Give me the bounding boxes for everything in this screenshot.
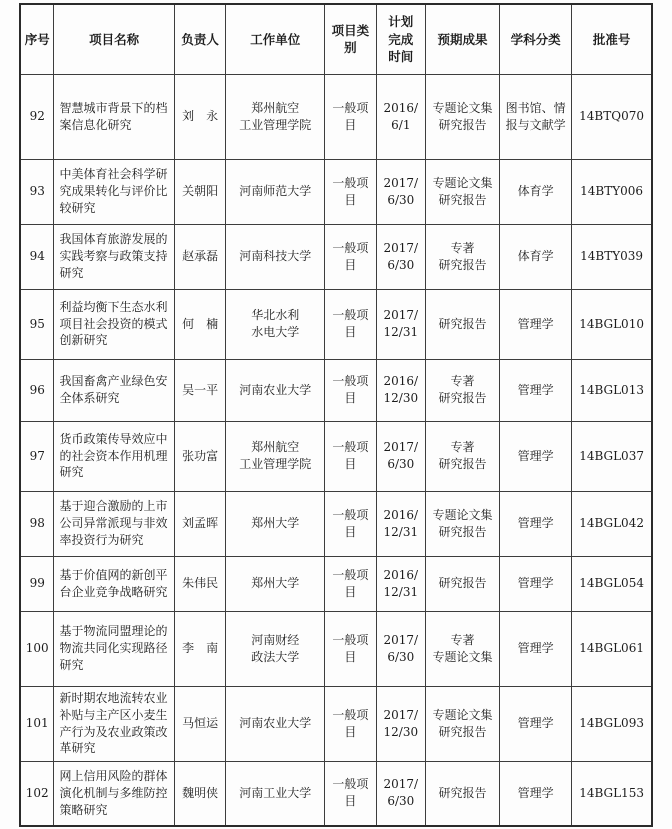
cell-work-unit: 河南农业大学	[226, 686, 325, 761]
cell-project-name: 中美体育社会科学研究成果转化与评价比较研究	[54, 159, 174, 224]
cell-serial: 101	[20, 686, 54, 761]
cell-leader: 魏明侠	[174, 761, 225, 826]
cell-work-unit: 河南财经 政法大学	[226, 611, 325, 686]
table-row: 96我国畜禽产业绿色安全体系研究吴一平河南农业大学一般项目2016/ 12/30…	[20, 359, 652, 421]
cell-approval-number: 14BGL061	[572, 611, 652, 686]
table-row: 98基于迎合激励的上市公司异常派现与非效率投资行为研究刘孟晖郑州大学一般项目20…	[20, 491, 652, 556]
cell-expected-outcome: 研究报告	[426, 556, 500, 611]
cell-work-unit: 河南工业大学	[226, 761, 325, 826]
header-project-name: 项目名称	[54, 4, 174, 74]
cell-category: 一般项目	[325, 421, 376, 491]
cell-category: 一般项目	[325, 556, 376, 611]
cell-serial: 102	[20, 761, 54, 826]
cell-approval-number: 14BGL010	[572, 289, 652, 359]
header-discipline: 学科分类	[500, 4, 572, 74]
header-row: 序号 项目名称 负责人 工作单位 项目类别 计划 完成 时间 预期成果 学科分类…	[20, 4, 652, 74]
cell-approval-number: 14BGL037	[572, 421, 652, 491]
cell-category: 一般项目	[325, 74, 376, 159]
cell-approval-number: 14BGL013	[572, 359, 652, 421]
cell-leader: 张功富	[174, 421, 225, 491]
cell-approval-number: 14BTY039	[572, 224, 652, 289]
cell-completion-time: 2017/ 12/31	[376, 289, 425, 359]
cell-approval-number: 14BTY006	[572, 159, 652, 224]
cell-approval-number: 14BGL153	[572, 761, 652, 826]
cell-project-name: 我国畜禽产业绿色安全体系研究	[54, 359, 174, 421]
cell-discipline: 管理学	[500, 289, 572, 359]
cell-completion-time: 2017/ 6/30	[376, 761, 425, 826]
cell-serial: 96	[20, 359, 54, 421]
cell-work-unit: 郑州航空 工业管理学院	[226, 74, 325, 159]
table-row: 93中美体育社会科学研究成果转化与评价比较研究关朝阳河南师范大学一般项目2017…	[20, 159, 652, 224]
cell-expected-outcome: 研究报告	[426, 289, 500, 359]
table-row: 100基于物流同盟理论的物流共同化实现路径研究李 南河南财经 政法大学一般项目2…	[20, 611, 652, 686]
cell-completion-time: 2017/ 6/30	[376, 611, 425, 686]
cell-serial: 99	[20, 556, 54, 611]
cell-serial: 93	[20, 159, 54, 224]
table-body: 92智慧城市背景下的档案信息化研究刘 永郑州航空 工业管理学院一般项目2016/…	[20, 74, 652, 826]
cell-discipline: 图书馆、情 报与文献学	[500, 74, 572, 159]
cell-expected-outcome: 专著 研究报告	[426, 421, 500, 491]
header-completion-time: 计划 完成 时间	[376, 4, 425, 74]
cell-leader: 朱伟民	[174, 556, 225, 611]
cell-category: 一般项目	[325, 686, 376, 761]
cell-approval-number: 14BGL054	[572, 556, 652, 611]
cell-serial: 98	[20, 491, 54, 556]
table-row: 94我国体育旅游发展的实践考察与政策支持研究赵承磊河南科技大学一般项目2017/…	[20, 224, 652, 289]
cell-completion-time: 2017/ 6/30	[376, 421, 425, 491]
cell-discipline: 管理学	[500, 421, 572, 491]
cell-work-unit: 郑州大学	[226, 491, 325, 556]
cell-discipline: 体育学	[500, 159, 572, 224]
cell-completion-time: 2016/ 12/30	[376, 359, 425, 421]
cell-discipline: 管理学	[500, 359, 572, 421]
cell-completion-time: 2017/ 12/30	[376, 686, 425, 761]
cell-completion-time: 2016/ 12/31	[376, 556, 425, 611]
table-row: 101新时期农地流转农业补贴与主产区小麦生产行为及农业政策改革研究马恒运河南农业…	[20, 686, 652, 761]
cell-work-unit: 河南师范大学	[226, 159, 325, 224]
cell-approval-number: 14BGL042	[572, 491, 652, 556]
cell-category: 一般项目	[325, 761, 376, 826]
cell-expected-outcome: 专题论文集 研究报告	[426, 686, 500, 761]
cell-leader: 马恒运	[174, 686, 225, 761]
table-row: 99基于价值网的新创平台企业竞争战略研究朱伟民郑州大学一般项目2016/ 12/…	[20, 556, 652, 611]
header-approval-number: 批准号	[572, 4, 652, 74]
cell-serial: 97	[20, 421, 54, 491]
header-serial: 序号	[20, 4, 54, 74]
cell-project-name: 利益均衡下生态水利项目社会投资的模式创新研究	[54, 289, 174, 359]
cell-project-name: 基于迎合激励的上市公司异常派现与非效率投资行为研究	[54, 491, 174, 556]
cell-discipline: 管理学	[500, 761, 572, 826]
cell-completion-time: 2016/ 6/1	[376, 74, 425, 159]
cell-expected-outcome: 专题论文集 研究报告	[426, 159, 500, 224]
cell-leader: 何 楠	[174, 289, 225, 359]
cell-discipline: 管理学	[500, 556, 572, 611]
cell-expected-outcome: 专著 研究报告	[426, 224, 500, 289]
cell-project-name: 我国体育旅游发展的实践考察与政策支持研究	[54, 224, 174, 289]
cell-expected-outcome: 专题论文集 研究报告	[426, 74, 500, 159]
cell-project-name: 智慧城市背景下的档案信息化研究	[54, 74, 174, 159]
cell-completion-time: 2016/ 12/31	[376, 491, 425, 556]
cell-leader: 刘孟晖	[174, 491, 225, 556]
cell-category: 一般项目	[325, 611, 376, 686]
cell-work-unit: 郑州大学	[226, 556, 325, 611]
cell-project-name: 货币政策传导效应中的社会资本作用机理研究	[54, 421, 174, 491]
header-leader: 负责人	[174, 4, 225, 74]
cell-serial: 92	[20, 74, 54, 159]
cell-category: 一般项目	[325, 359, 376, 421]
table-header: 序号 项目名称 负责人 工作单位 项目类别 计划 完成 时间 预期成果 学科分类…	[20, 4, 652, 74]
table-row: 95利益均衡下生态水利项目社会投资的模式创新研究何 楠华北水利 水电大学一般项目…	[20, 289, 652, 359]
cell-project-name: 基于物流同盟理论的物流共同化实现路径研究	[54, 611, 174, 686]
cell-expected-outcome: 专著 专题论文集	[426, 611, 500, 686]
cell-category: 一般项目	[325, 159, 376, 224]
cell-work-unit: 华北水利 水电大学	[226, 289, 325, 359]
cell-serial: 95	[20, 289, 54, 359]
cell-completion-time: 2017/ 6/30	[376, 159, 425, 224]
cell-project-name: 新时期农地流转农业补贴与主产区小麦生产行为及农业政策改革研究	[54, 686, 174, 761]
cell-category: 一般项目	[325, 224, 376, 289]
projects-table: 序号 项目名称 负责人 工作单位 项目类别 计划 完成 时间 预期成果 学科分类…	[19, 3, 653, 827]
cell-approval-number: 14BTQ070	[572, 74, 652, 159]
document-page: 序号 项目名称 负责人 工作单位 项目类别 计划 完成 时间 预期成果 学科分类…	[0, 3, 672, 829]
cell-discipline: 管理学	[500, 686, 572, 761]
header-expected-outcome: 预期成果	[426, 4, 500, 74]
cell-work-unit: 河南农业大学	[226, 359, 325, 421]
cell-category: 一般项目	[325, 289, 376, 359]
cell-serial: 100	[20, 611, 54, 686]
cell-expected-outcome: 研究报告	[426, 761, 500, 826]
cell-discipline: 管理学	[500, 611, 572, 686]
cell-leader: 刘 永	[174, 74, 225, 159]
cell-discipline: 体育学	[500, 224, 572, 289]
cell-approval-number: 14BGL093	[572, 686, 652, 761]
cell-work-unit: 河南科技大学	[226, 224, 325, 289]
cell-work-unit: 郑州航空 工业管理学院	[226, 421, 325, 491]
cell-project-name: 基于价值网的新创平台企业竞争战略研究	[54, 556, 174, 611]
cell-project-name: 网上信用风险的群体演化机制与多维防控策略研究	[54, 761, 174, 826]
cell-expected-outcome: 专题论文集 研究报告	[426, 491, 500, 556]
header-work-unit: 工作单位	[226, 4, 325, 74]
cell-expected-outcome: 专著 研究报告	[426, 359, 500, 421]
cell-leader: 吴一平	[174, 359, 225, 421]
cell-completion-time: 2017/ 6/30	[376, 224, 425, 289]
table-row: 102网上信用风险的群体演化机制与多维防控策略研究魏明侠河南工业大学一般项目20…	[20, 761, 652, 826]
table-row: 97货币政策传导效应中的社会资本作用机理研究张功富郑州航空 工业管理学院一般项目…	[20, 421, 652, 491]
cell-discipline: 管理学	[500, 491, 572, 556]
cell-leader: 赵承磊	[174, 224, 225, 289]
cell-leader: 关朝阳	[174, 159, 225, 224]
cell-serial: 94	[20, 224, 54, 289]
cell-category: 一般项目	[325, 491, 376, 556]
table-row: 92智慧城市背景下的档案信息化研究刘 永郑州航空 工业管理学院一般项目2016/…	[20, 74, 652, 159]
header-category: 项目类别	[325, 4, 376, 74]
cell-leader: 李 南	[174, 611, 225, 686]
